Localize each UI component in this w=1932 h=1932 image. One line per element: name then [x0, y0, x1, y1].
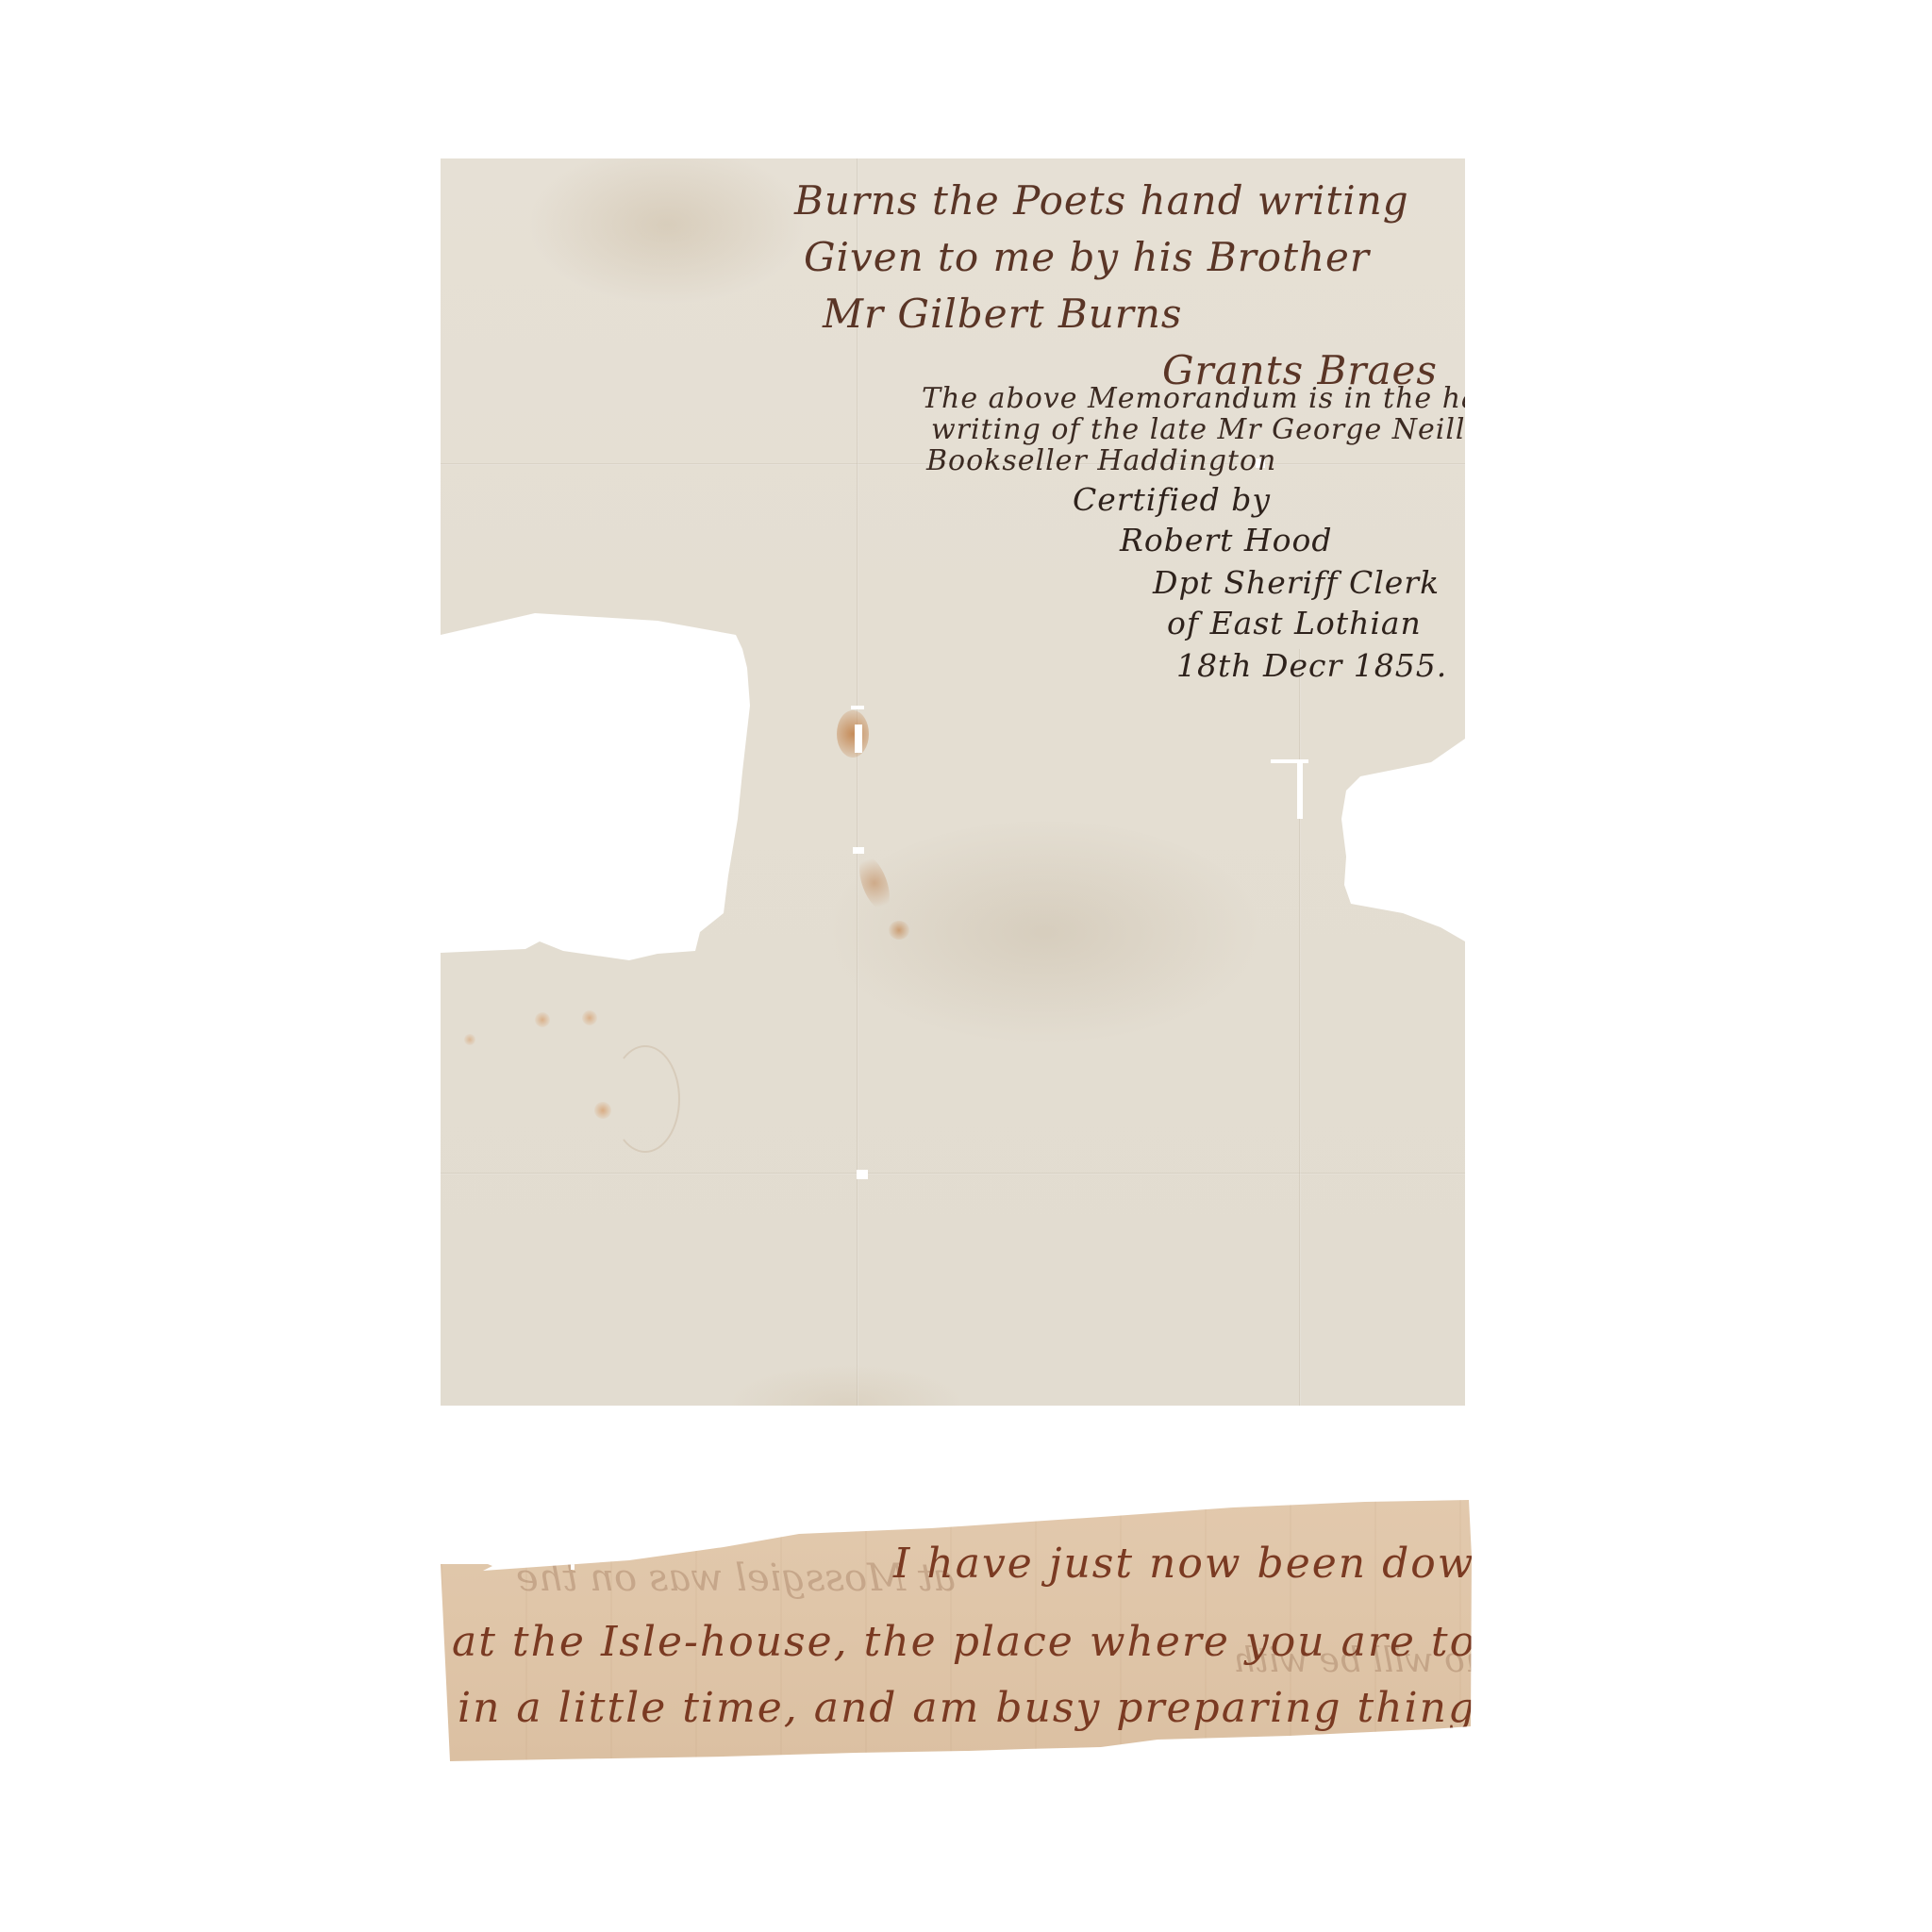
- manuscript-sheet: Burns the Poets hand writing Given to me…: [441, 158, 1465, 1406]
- foxing-spot: [594, 1102, 611, 1119]
- fold-line-vertical-center: [857, 158, 858, 1406]
- edge-nick: [571, 1558, 575, 1570]
- fragment-line-3: in a little time, and am busy preparing …: [458, 1684, 1500, 1732]
- fold-wear-hole: [857, 1170, 868, 1179]
- foxing-spot: [464, 1034, 475, 1045]
- fold-wear-hole: [1297, 762, 1303, 819]
- certifier-jurisdiction: of East Lothian: [1167, 605, 1422, 641]
- fold-line-horizontal-bottom: [441, 1173, 1465, 1174]
- fold-wear-hole: [853, 847, 864, 854]
- attestation-line-1: The above Memorandum is in the hand: [922, 382, 1517, 415]
- attestation-line-2: writing of the late Mr George Neill: [931, 413, 1466, 446]
- certification-date: 18th Decr 1855.: [1176, 647, 1447, 684]
- fold-wear-hole: [1271, 759, 1308, 763]
- memo-line-1: Burns the Poets hand writing: [794, 177, 1409, 224]
- postmark-ghost: [610, 1045, 680, 1153]
- fold-wear-hole: [855, 724, 862, 753]
- foxing-spot: [535, 1012, 550, 1027]
- memo-line-2: Given to me by his Brother: [804, 234, 1370, 280]
- ink-stain: [837, 710, 869, 758]
- foxing-spot: [582, 1010, 597, 1025]
- ink-spot: [889, 921, 909, 940]
- fragment-line-2: at the Isle-house, the place where you a…: [452, 1618, 1633, 1666]
- memo-line-3: Mr Gilbert Burns: [823, 291, 1183, 337]
- certifier-name: Robert Hood: [1120, 522, 1333, 558]
- fragment-line-1: I have just now been down: [893, 1540, 1504, 1588]
- bleed-through-text-1: at Mossgiel was on the: [516, 1557, 956, 1600]
- certifier-title: Dpt Sheriff Clerk: [1153, 564, 1440, 601]
- fold-wear-hole: [851, 706, 864, 709]
- ink-drip-stain: [854, 852, 896, 913]
- attestation-line-3: Bookseller Haddington: [926, 444, 1276, 477]
- letter-fragment: at Mossgiel was on the who will be with …: [441, 1500, 1474, 1761]
- certification-label: Certified by: [1073, 481, 1271, 518]
